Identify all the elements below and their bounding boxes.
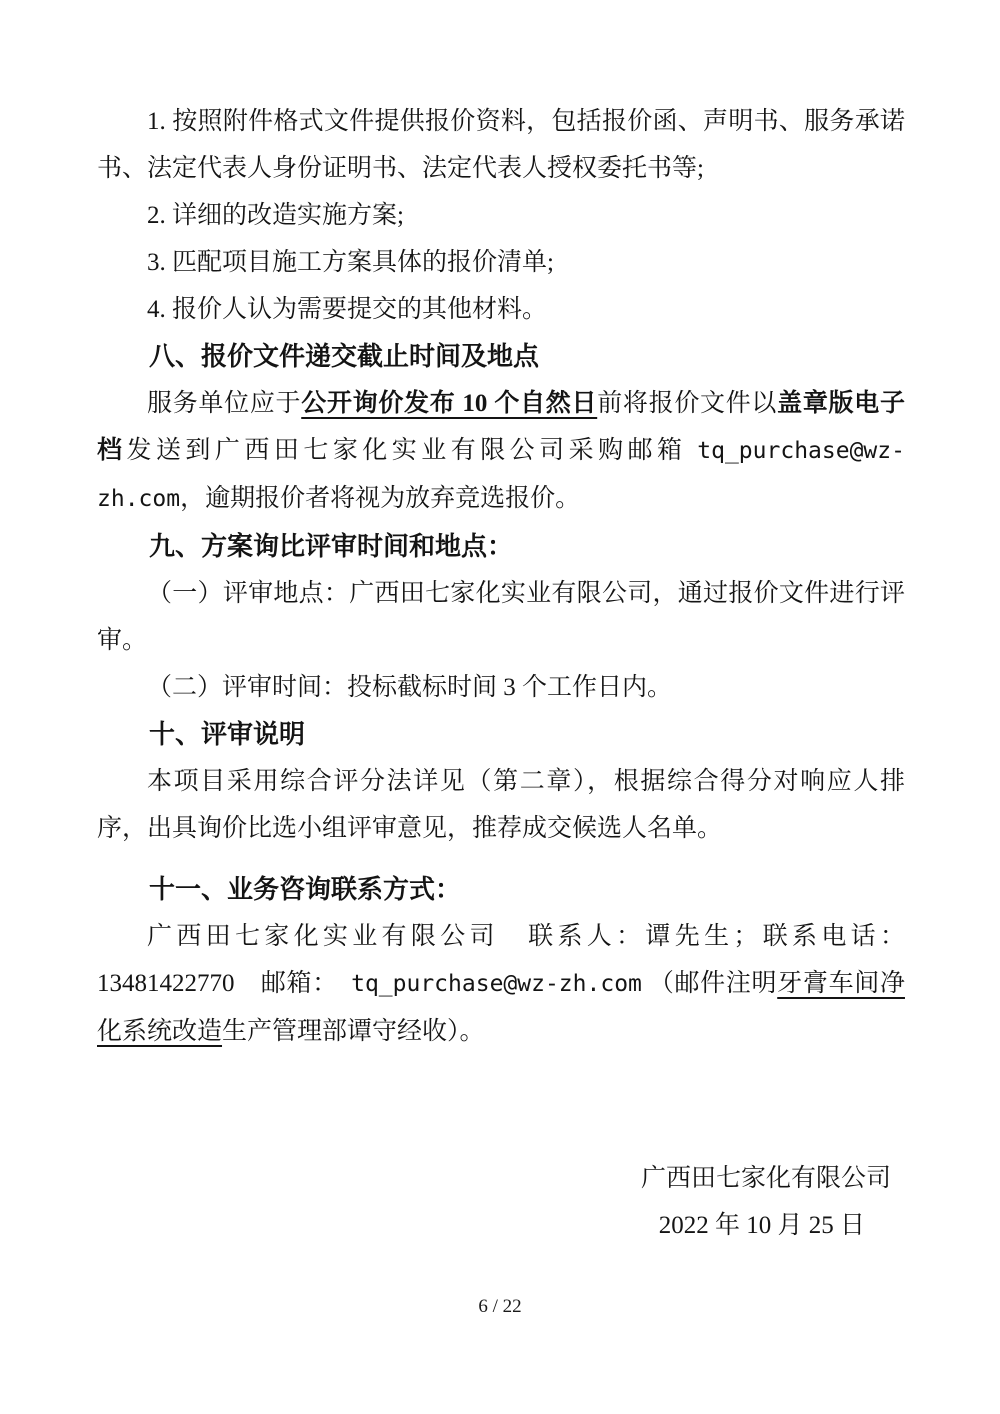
section-heading-11: 十一、业务咨询联系方式： (97, 866, 905, 913)
signature-date: 2022 年 10 月 25 日 (97, 1202, 905, 1249)
text-run: 服务单位应于 (147, 390, 301, 417)
signature-company: 广西田七家化有限公司 (97, 1155, 905, 1202)
text-run: ，逾期报价者将视为放弃竞选报价。 (180, 485, 580, 512)
section-heading-8: 八、报价文件递交截止时间及地点 (97, 333, 905, 380)
document-content: 1. 按照附件格式文件提供报价资料，包括报价函、声明书、服务承诺书、法定代表人身… (0, 0, 1000, 1249)
para-review-location: （一）评审地点：广西田七家化实业有限公司，通过报价文件进行评审。 (97, 570, 905, 664)
text-run: 十、评审说明 (149, 719, 305, 749)
text-run: 发送到广西田七家化实业有限公司采购邮箱 (126, 437, 697, 464)
text-run: 本项目采用综合评分法详见（第二章），根据综合得分对响应人排序，出具询价比选小组评… (97, 768, 905, 842)
text-run: 3. 匹配项目施工方案具体的报价清单; (147, 249, 554, 276)
text-run: 八、报价文件递交截止时间及地点 (149, 341, 539, 371)
text-run: 4. 报价人认为需要提交的其他材料。 (147, 296, 547, 323)
text-run-mono: tq_purchase@wz-zh.com (351, 971, 642, 997)
section-heading-9: 九、方案询比评审时间和地点： (97, 523, 905, 570)
list-item-3: 3. 匹配项目施工方案具体的报价清单; (97, 239, 905, 286)
text-run-bold-underline: 公开询价发布 10 个自然日 (301, 390, 597, 417)
list-item-4: 4. 报价人认为需要提交的其他材料。 (97, 286, 905, 333)
para-review-method: 本项目采用综合评分法详见（第二章），根据综合得分对响应人排序，出具询价比选小组评… (97, 758, 905, 852)
section-heading-10: 十、评审说明 (97, 711, 905, 758)
document-page: { "page": { "footer": "6 / 22", "text_co… (0, 0, 1000, 1414)
text-run: 2. 详细的改造实施方案; (147, 202, 404, 229)
text-run: 前将报价文件以 (597, 390, 777, 417)
text-run: （一）评审地点：广西田七家化实业有限公司，通过报价文件进行评审。 (97, 580, 905, 654)
para-submission-deadline: 服务单位应于公开询价发布 10 个自然日前将报价文件以盖章版电子档发送到广西田七… (97, 380, 905, 523)
text-run: 广西田七家化有限公司 (641, 1165, 891, 1192)
text-run: 十一、业务咨询联系方式： (149, 874, 461, 904)
text-run: （二）评审时间：投标截标时间 3 个工作日内。 (147, 674, 672, 701)
list-item-2: 2. 详细的改造实施方案; (97, 192, 905, 239)
text-run: （邮件注明 (642, 970, 777, 997)
text-run: 1. 按照附件格式文件提供报价资料，包括报价函、声明书、服务承诺书、法定代表人身… (97, 108, 905, 182)
para-review-time: （二）评审时间：投标截标时间 3 个工作日内。 (97, 664, 905, 711)
page-number: 6 / 22 (0, 1296, 1000, 1318)
text-run: 生产管理部谭守经收）。 (222, 1018, 485, 1045)
para-contact-info: 广西田七家化实业有限公司 联系人：谭先生；联系电话：13481422770 邮箱… (97, 913, 905, 1055)
text-run: 2022 年 10 月 25 日 (659, 1212, 865, 1239)
list-item-1: 1. 按照附件格式文件提供报价资料，包括报价函、声明书、服务承诺书、法定代表人身… (97, 98, 905, 192)
text-run: 九、方案询比评审时间和地点： (149, 531, 513, 561)
